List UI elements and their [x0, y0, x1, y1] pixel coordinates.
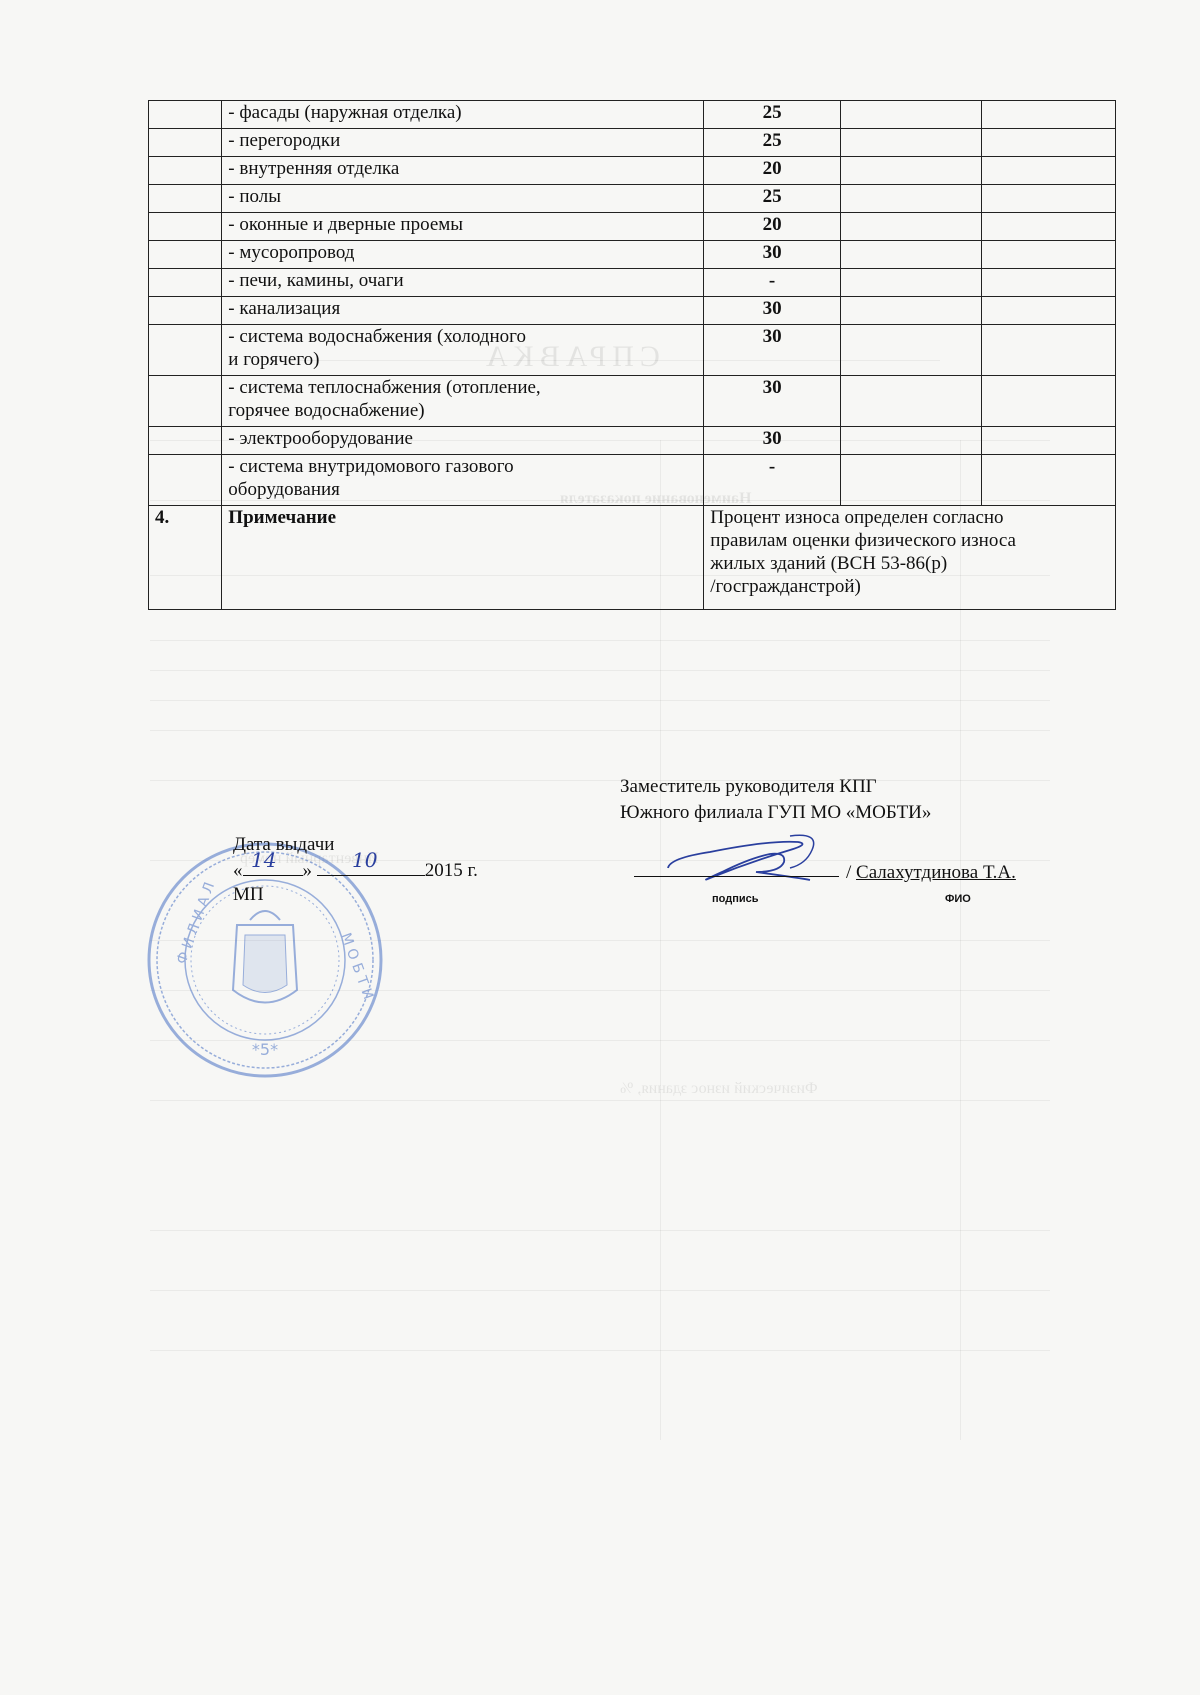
- wear-percent: 25: [704, 101, 841, 129]
- wear-percent: -: [704, 455, 841, 506]
- wear-percent: 30: [704, 241, 841, 269]
- wear-percent: 20: [704, 213, 841, 241]
- wear-percent: 25: [704, 129, 841, 157]
- note-label: Примечание: [222, 506, 704, 610]
- element-name: - оконные и дверные проемы: [222, 213, 704, 241]
- element-name: - канализация: [222, 297, 704, 325]
- wear-percent: 30: [704, 376, 841, 427]
- wear-percent: 20: [704, 157, 841, 185]
- element-name: - система внутридомового газового оборуд…: [222, 455, 704, 506]
- table-row: - оконные и дверные проемы 20: [149, 213, 1116, 241]
- table-row: - печи, камины, очаги -: [149, 269, 1116, 297]
- wear-percent: 25: [704, 185, 841, 213]
- wear-percent: 30: [704, 297, 841, 325]
- table-row: - система водоснабжения (холодного и гор…: [149, 325, 1116, 376]
- table-row: - система внутридомового газового оборуд…: [149, 455, 1116, 506]
- note-text: Процент износа определен согласно правил…: [704, 506, 1116, 610]
- wear-table: - фасады (наружная отделка) 25 - перегор…: [148, 100, 1116, 610]
- element-name: - полы: [222, 185, 704, 213]
- svg-text:М О Б Т И: М О Б Т И: [337, 931, 376, 1002]
- note-number: 4.: [149, 506, 222, 610]
- element-name: - печи, камины, очаги: [222, 269, 704, 297]
- element-name: - перегородки: [222, 129, 704, 157]
- signer-name-line: / Салахутдинова Т.А.: [846, 862, 1016, 884]
- table-row: - электрооборудование 30: [149, 427, 1116, 455]
- table-row: - система теплоснабжения (отопление, гор…: [149, 376, 1116, 427]
- signature-line: [634, 875, 839, 877]
- element-name: - система теплоснабжения (отопление, гор…: [222, 376, 704, 427]
- fio-caption: ФИО: [945, 893, 971, 905]
- signer-position: Заместитель руководителя КПГ Южного фили…: [620, 774, 931, 826]
- issue-year: 2015 г.: [425, 860, 478, 881]
- note-row: 4. Примечание Процент износа определен с…: [149, 506, 1116, 610]
- signer-name: Салахутдинова Т.А.: [856, 862, 1016, 883]
- table-row: - фасады (наружная отделка) 25: [149, 101, 1116, 129]
- wear-percent: 30: [704, 427, 841, 455]
- element-name: - система водоснабжения (холодного и гор…: [222, 325, 704, 376]
- issue-month: 10: [352, 848, 377, 872]
- table-row: - канализация 30: [149, 297, 1116, 325]
- element-name: - внутренняя отделка: [222, 157, 704, 185]
- signature-caption: подпись: [712, 893, 759, 905]
- element-name: - мусоропровод: [222, 241, 704, 269]
- table-row: - полы 25: [149, 185, 1116, 213]
- svg-text:*5*: *5*: [252, 1040, 278, 1059]
- table-row: - мусоропровод 30: [149, 241, 1116, 269]
- stamp-place-label: МП: [233, 883, 478, 907]
- table-row: - внутренняя отделка 20: [149, 157, 1116, 185]
- signature-icon: [660, 828, 830, 888]
- wear-percent: -: [704, 269, 841, 297]
- element-name: - фасады (наружная отделка): [222, 101, 704, 129]
- table-row: - перегородки 25: [149, 129, 1116, 157]
- wear-percent: 30: [704, 325, 841, 376]
- issue-day: 14: [251, 848, 276, 872]
- element-name: - электрооборудование: [222, 427, 704, 455]
